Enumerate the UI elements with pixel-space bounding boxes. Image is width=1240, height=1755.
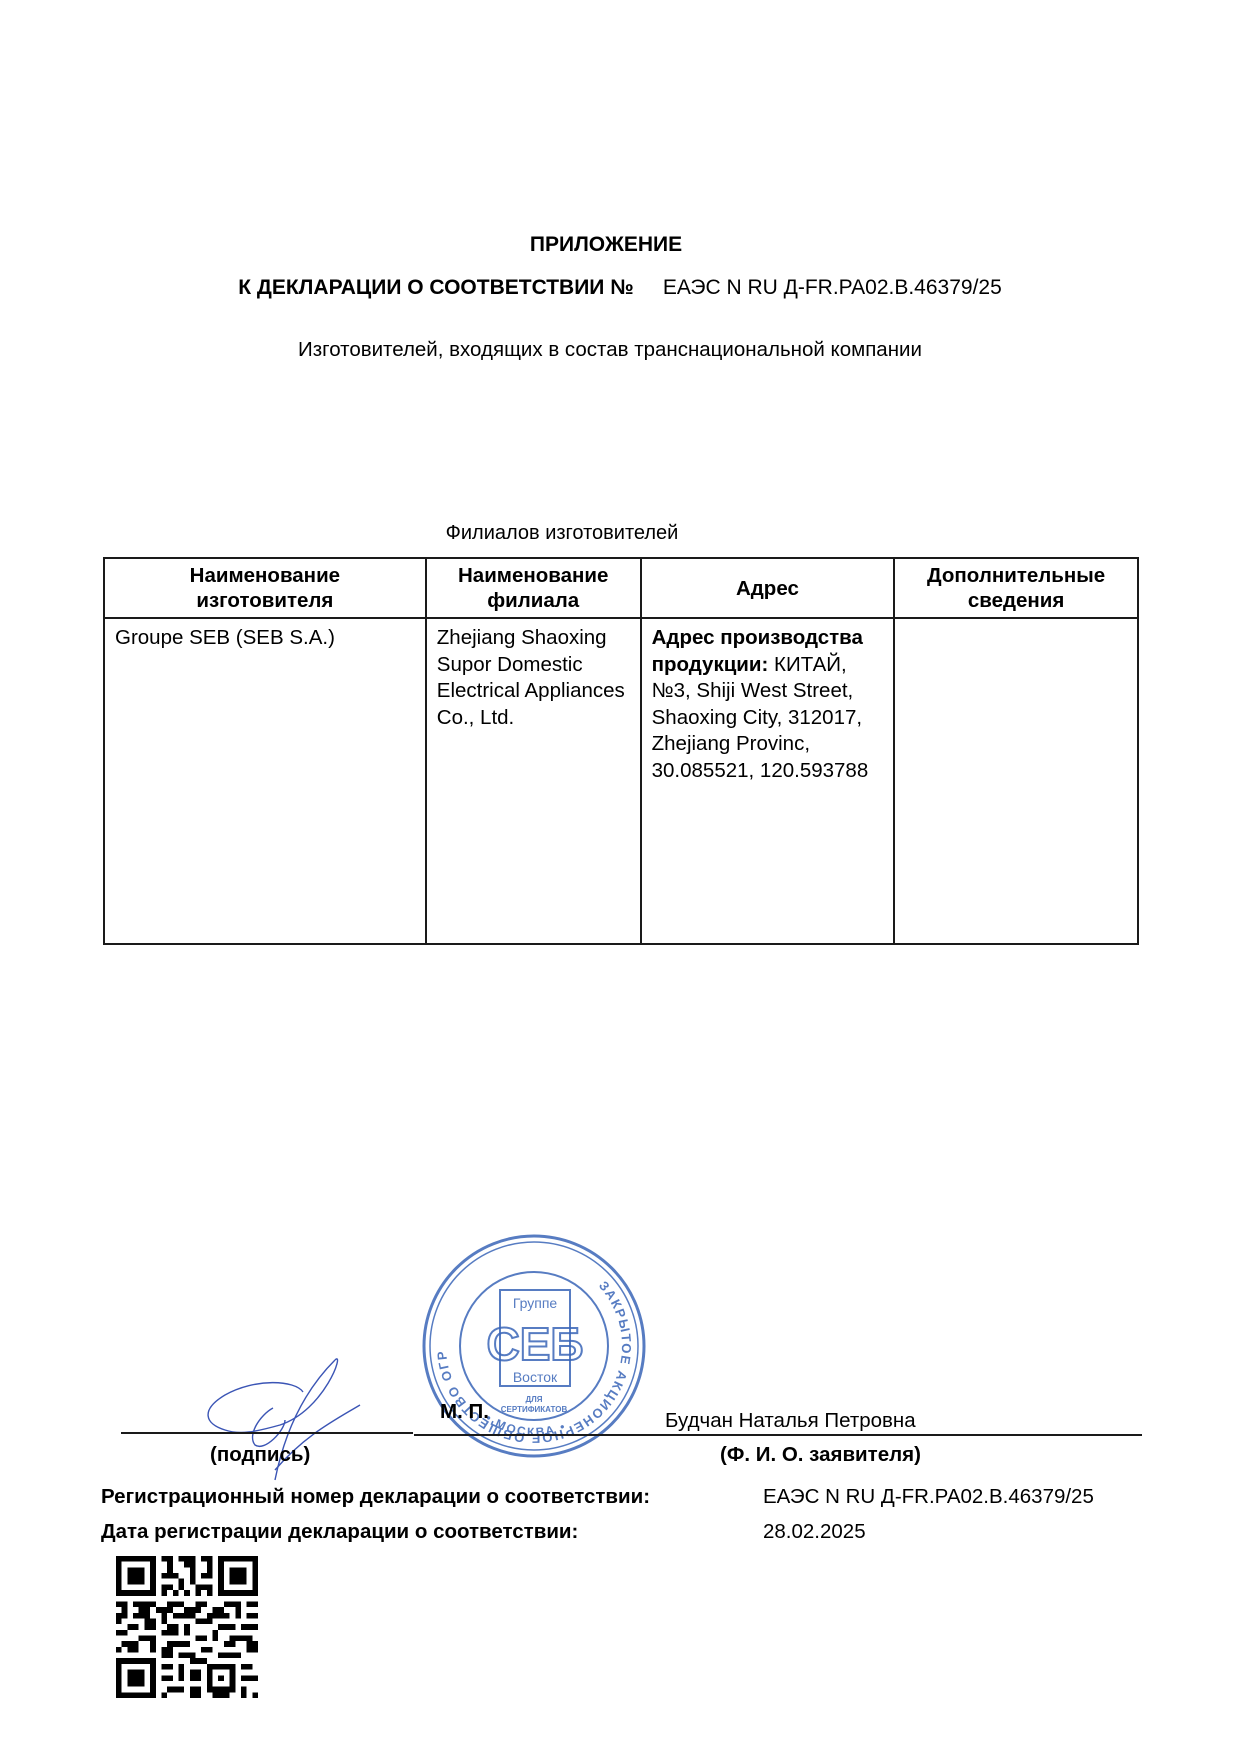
stamp-place-label: М. П. (440, 1400, 489, 1424)
svg-text:СЕБ: СЕБ (487, 1318, 584, 1370)
column-header-additional: Дополнительныесведения (894, 558, 1138, 618)
applicant-name: Будчан Наталья Петровна (665, 1409, 916, 1433)
document-title: ПРИЛОЖЕНИЕ (0, 233, 1212, 257)
signature-caption: (подпись) (210, 1443, 310, 1467)
svg-text:Группе: Группе (513, 1295, 558, 1311)
table-header-row: Наименованиеизготовителя Наименованиефил… (104, 558, 1138, 618)
cell-additional (894, 618, 1138, 944)
cell-branch: Zhejiang Shaoxing Supor Domestic Electri… (426, 618, 641, 944)
signature-icon (185, 1340, 365, 1490)
column-header-branch: Наименованиефилиала (426, 558, 641, 618)
declaration-heading: К ДЕКЛАРАЦИИ О СООТВЕТСТВИИ № ЕАЭС N RU … (0, 276, 1240, 300)
registration-number-label: Регистрационный номер декларации о соотв… (101, 1485, 650, 1509)
document-subtitle: Изготовителей, входящих в состав трансна… (0, 338, 1220, 362)
cell-manufacturer: Groupe SEB (SEB S.A.) (104, 618, 426, 944)
svg-text:Восток: Восток (513, 1369, 558, 1385)
svg-text:СЕРТИФИКАТОВ: СЕРТИФИКАТОВ (501, 1405, 568, 1414)
declaration-prefix: К ДЕКЛАРАЦИИ О СООТВЕТСТВИИ № (238, 276, 633, 299)
applicant-name-line (414, 1434, 1142, 1436)
registration-date-value: 28.02.2025 (763, 1520, 866, 1544)
company-stamp-icon: ЗАКРЫТОЕ АКЦИОНЕРНОЕ ОБЩЕСТВО ОГРН 10277… (420, 1232, 648, 1460)
qr-code-icon (116, 1556, 258, 1698)
declaration-number: ЕАЭС N RU Д-FR.PA02.B.46379/25 (663, 276, 1002, 299)
table-row: Groupe SEB (SEB S.A.) Zhejiang Shaoxing … (104, 618, 1138, 944)
branches-table: Наименованиеизготовителя Наименованиефил… (103, 557, 1139, 945)
applicant-caption: (Ф. И. О. заявителя) (720, 1443, 921, 1467)
cell-address: Адрес производства продукции: КИТАЙ, №3,… (641, 618, 895, 944)
registration-number-value: ЕАЭС N RU Д-FR.PA02.B.46379/25 (763, 1485, 1094, 1509)
table-caption: Филиалов изготовителей (0, 522, 1124, 545)
signature-line (121, 1432, 413, 1434)
column-header-manufacturer: Наименованиеизготовителя (104, 558, 426, 618)
svg-text:ДЛЯ: ДЛЯ (525, 1395, 542, 1404)
column-header-address: Адрес (641, 558, 895, 618)
registration-date-label: Дата регистрации декларации о соответств… (101, 1520, 578, 1544)
